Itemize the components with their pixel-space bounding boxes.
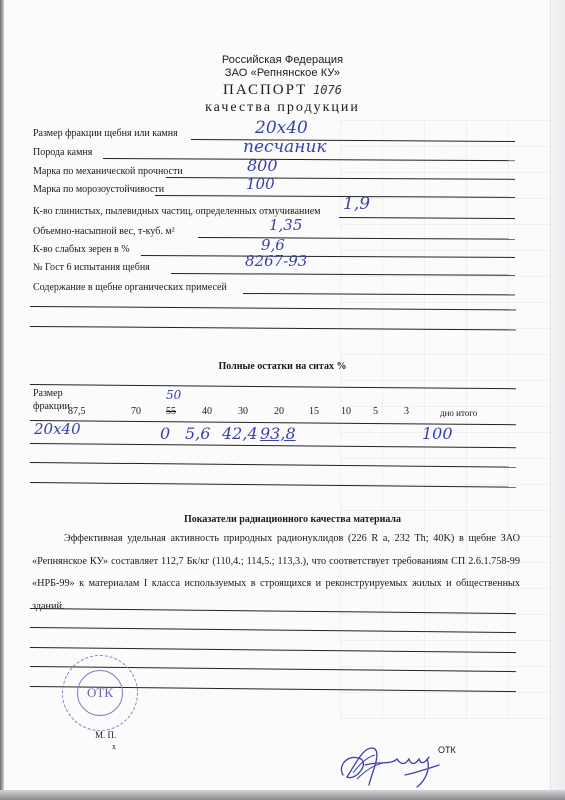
sieve-correction: 50 bbox=[166, 388, 181, 402]
field-value: песчаник bbox=[243, 137, 327, 157]
passport-title-text: ПАСПОРТ bbox=[223, 82, 307, 98]
blank-line bbox=[30, 306, 516, 311]
field-value: 1,35 bbox=[269, 216, 302, 234]
stamp-mark: х bbox=[112, 742, 116, 751]
field-label: Порода камня bbox=[33, 147, 92, 158]
sieve-value-total: 100 bbox=[422, 424, 453, 443]
field-label: Марка по морозоустойчивости bbox=[33, 184, 164, 195]
radiation-paragraph: Эффективная удельная активность природны… bbox=[32, 528, 520, 618]
sieve-column: 15 bbox=[309, 406, 319, 417]
field-underline bbox=[103, 158, 515, 161]
sieve-column: 3 bbox=[404, 406, 409, 417]
sieve-value-40: 5,6 bbox=[185, 424, 210, 443]
blank-line bbox=[30, 627, 516, 633]
sieve-column: дно итого bbox=[440, 408, 477, 418]
stamp-center: ОТК bbox=[77, 670, 123, 716]
field-underline bbox=[171, 273, 515, 276]
passport-number: 1076 bbox=[313, 83, 342, 97]
field-gost-number: № Гост 6 испытания щебня 8267-93 bbox=[33, 258, 515, 276]
passport-subtitle: качества продукции bbox=[0, 100, 565, 116]
passport-title: ПАСПОРТ 1076 bbox=[0, 82, 565, 99]
sieve-column: 10 bbox=[341, 406, 351, 417]
sieve-row-label-line1: Размер bbox=[33, 388, 63, 399]
sieve-section-title: Полные остатки на ситах % bbox=[0, 361, 565, 372]
sieve-column: 20 bbox=[274, 406, 284, 417]
blank-line bbox=[30, 326, 516, 331]
field-label: № Гост 6 испытания щебня bbox=[33, 262, 150, 273]
field-value: 100 bbox=[246, 175, 275, 193]
field-value: 8267-93 bbox=[245, 252, 307, 270]
header-country: Российская Федерация bbox=[0, 54, 565, 66]
field-underline bbox=[339, 217, 515, 219]
sieve-column: 55 bbox=[166, 406, 176, 417]
sieve-fraction-value: 20х40 bbox=[34, 420, 81, 438]
otk-stamp: ОТК bbox=[62, 655, 138, 731]
scan-edge-left bbox=[0, 0, 4, 800]
sieve-value-30: 42,4 bbox=[222, 424, 258, 443]
field-organic-impurities: Содержание в щебне органических примесей bbox=[33, 278, 515, 296]
signature-role: ОТК bbox=[438, 745, 456, 755]
blank-line bbox=[30, 647, 516, 653]
field-label: Марка по механической прочности bbox=[33, 166, 183, 177]
header-company: ЗАО «Репнянское КУ» bbox=[0, 67, 565, 79]
scan-edge-right bbox=[550, 0, 565, 800]
sieve-column: 40 bbox=[202, 406, 212, 417]
field-underline bbox=[155, 195, 515, 198]
sieve-column: 70 bbox=[131, 406, 141, 417]
field-value: 20х40 bbox=[255, 118, 308, 138]
sieve-table-top-line bbox=[30, 384, 516, 389]
signature-icon bbox=[335, 735, 445, 790]
blank-line bbox=[30, 482, 516, 488]
sieve-column: 5 bbox=[373, 406, 378, 417]
field-underline bbox=[191, 139, 515, 142]
sieve-column: 30 bbox=[238, 406, 248, 417]
scan-edge-bottom bbox=[0, 790, 565, 800]
sieve-row-line bbox=[30, 443, 516, 448]
field-label: К-во слабых зерен в % bbox=[33, 244, 130, 255]
field-label: Содержание в щебне органических примесей bbox=[33, 282, 227, 293]
field-label: Размер фракции щебня или камня bbox=[33, 128, 178, 139]
sieve-column: 87,5 bbox=[68, 406, 86, 417]
blank-line bbox=[30, 462, 516, 468]
sieve-row-label-line2: фракции bbox=[33, 401, 70, 412]
field-label: Объемно-насыпной вес, т-куб. м² bbox=[33, 226, 175, 237]
radiation-section-title: Показатели радиационного качества матери… bbox=[10, 514, 565, 525]
field-frost-resistance: Марка по морозоустойчивости 100 bbox=[33, 180, 515, 198]
field-value: 1,9 bbox=[343, 194, 370, 214]
sieve-value-55: 0 bbox=[160, 424, 170, 443]
stamp-place-label: М. П. bbox=[95, 730, 116, 740]
field-underline bbox=[243, 293, 515, 295]
sieve-value-20: 93,8 bbox=[260, 424, 296, 443]
field-value: 800 bbox=[247, 156, 278, 175]
